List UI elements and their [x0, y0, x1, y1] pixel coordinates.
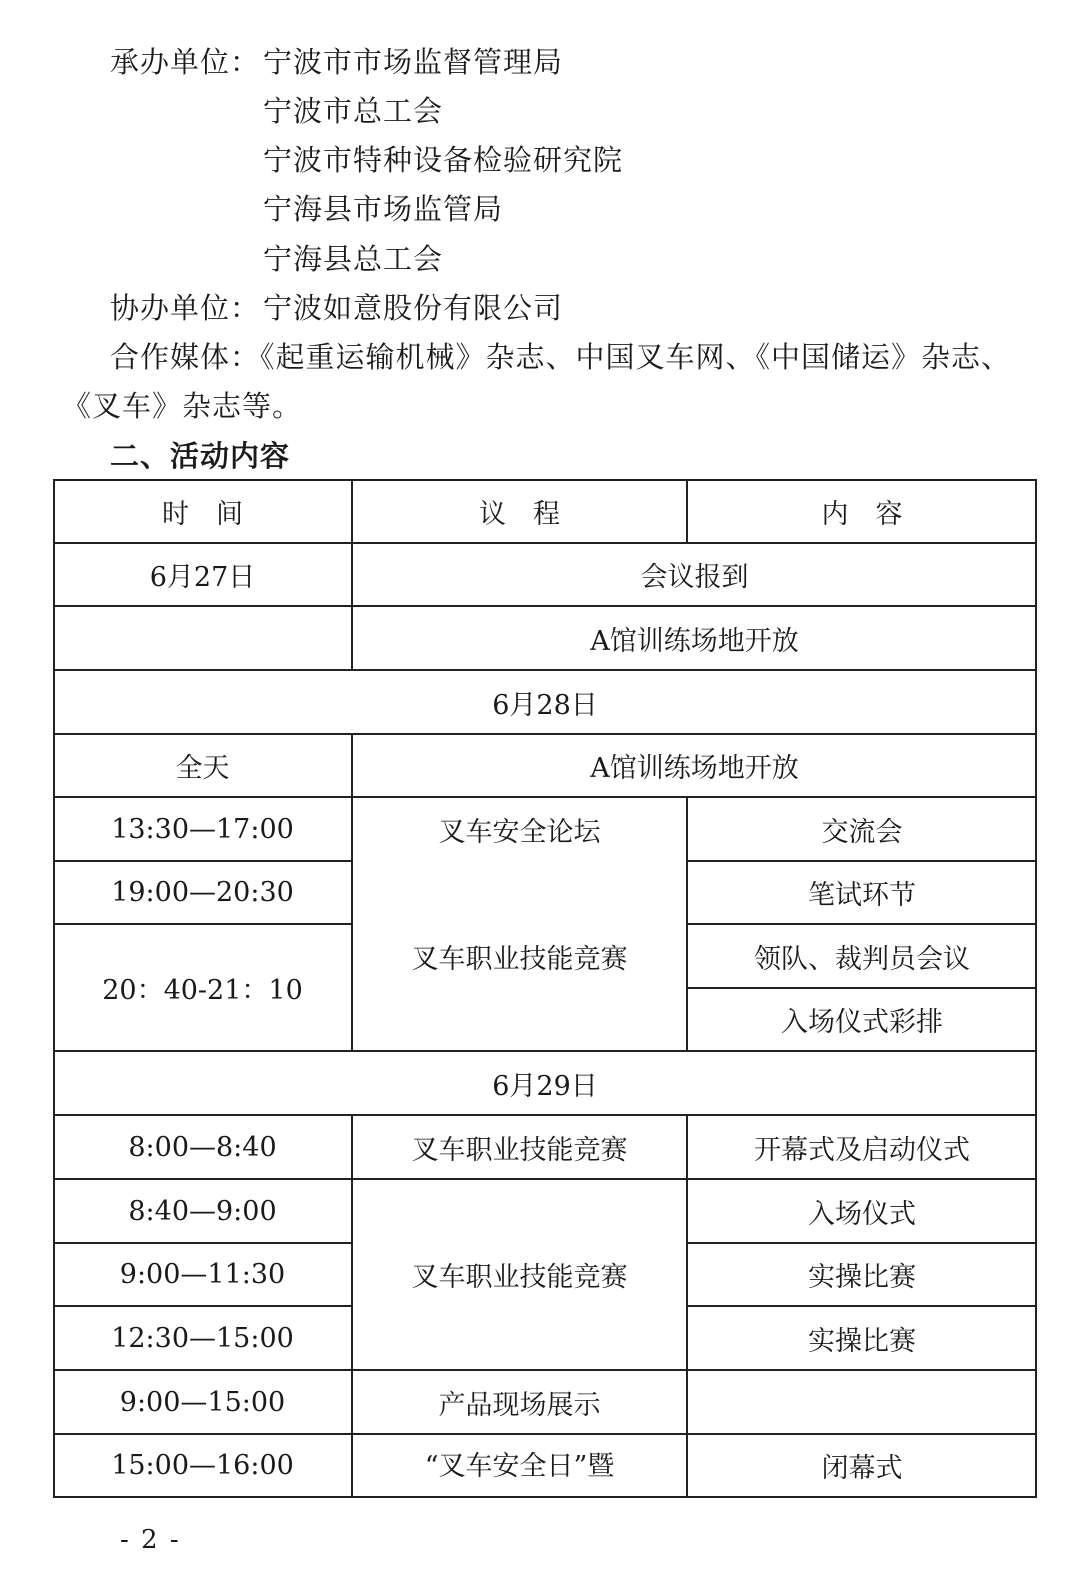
host-item: 宁波市特种设备检验研究院 — [263, 140, 623, 180]
cell-content: 领队、裁判员会议 — [687, 924, 1037, 988]
day-header: 6月28日 — [53, 670, 1037, 734]
cell-time: 20：40-21：10 — [53, 924, 352, 1051]
cell-agenda: “叉车安全日”暨 — [352, 1434, 687, 1492]
cell-content — [687, 1370, 1037, 1434]
cell-agenda: 产品现场展示 — [352, 1370, 687, 1434]
cell-time: 8:40—9:00 — [53, 1179, 352, 1243]
media-line-1: 合作媒体：《起重运输机械》杂志、中国叉车网、《中国储运》杂志、 — [110, 337, 1011, 377]
cell-agenda: A馆训练场地开放 — [352, 606, 1037, 670]
host-item: 宁波市总工会 — [263, 91, 443, 131]
cell-agenda: 叉车安全论坛 — [352, 797, 687, 861]
header-content: 内 容 — [687, 479, 1037, 543]
cell-agenda: 叉车职业技能竞赛 — [352, 861, 687, 1051]
co-organizer-label: 协办单位： — [110, 288, 260, 328]
cell-time: 13:30—17:00 — [53, 797, 352, 861]
host-item: 宁波市市场监督管理局 — [263, 42, 563, 82]
cell-content: 笔试环节 — [687, 861, 1037, 924]
cell-time: 9:00—15:00 — [53, 1370, 352, 1434]
cell-time: 全天 — [53, 734, 352, 797]
section-title: 二、活动内容 — [110, 436, 290, 476]
cell-agenda: A馆训练场地开放 — [352, 734, 1037, 797]
cell-time: 6月27日 — [53, 543, 352, 606]
cell-agenda: 叉车职业技能竞赛 — [352, 1179, 687, 1370]
page-number: - 2 - — [120, 1525, 181, 1555]
cell-content: 实操比赛 — [687, 1306, 1037, 1370]
cell-agenda: 会议报到 — [352, 543, 1037, 606]
cell-agenda: 叉车职业技能竞赛 — [352, 1115, 687, 1179]
cell-content: 入场仪式彩排 — [687, 988, 1037, 1051]
cell-content: 入场仪式 — [687, 1179, 1037, 1243]
cell-content: 闭幕式 — [687, 1434, 1037, 1497]
cell-content: 交流会 — [687, 797, 1037, 861]
cell-time: 9:00—11:30 — [53, 1243, 352, 1306]
cell-time: 12:30—15:00 — [53, 1306, 352, 1370]
cell-time: 19:00—20:30 — [53, 861, 352, 924]
host-label: 承办单位： — [110, 42, 260, 82]
cell-content: 开幕式及启动仪式 — [687, 1115, 1037, 1179]
day-header: 6月29日 — [53, 1051, 1037, 1115]
header-time: 时 间 — [53, 479, 352, 543]
media-line-2: 《叉车》杂志等。 — [62, 386, 302, 426]
schedule-table: 时 间 议 程 内 容 6月27日 会议报到 A馆训练场地开放 6月28日 全天… — [53, 479, 1037, 1498]
host-item: 宁海县市场监管局 — [263, 189, 503, 229]
cell-content: 实操比赛 — [687, 1243, 1037, 1306]
co-organizer: 宁波如意股份有限公司 — [263, 288, 563, 328]
cell-time: 8:00—8:40 — [53, 1115, 352, 1179]
host-item: 宁海县总工会 — [263, 239, 443, 279]
cell-time: 15:00—16:00 — [53, 1434, 352, 1497]
header-agenda: 议 程 — [352, 479, 687, 543]
